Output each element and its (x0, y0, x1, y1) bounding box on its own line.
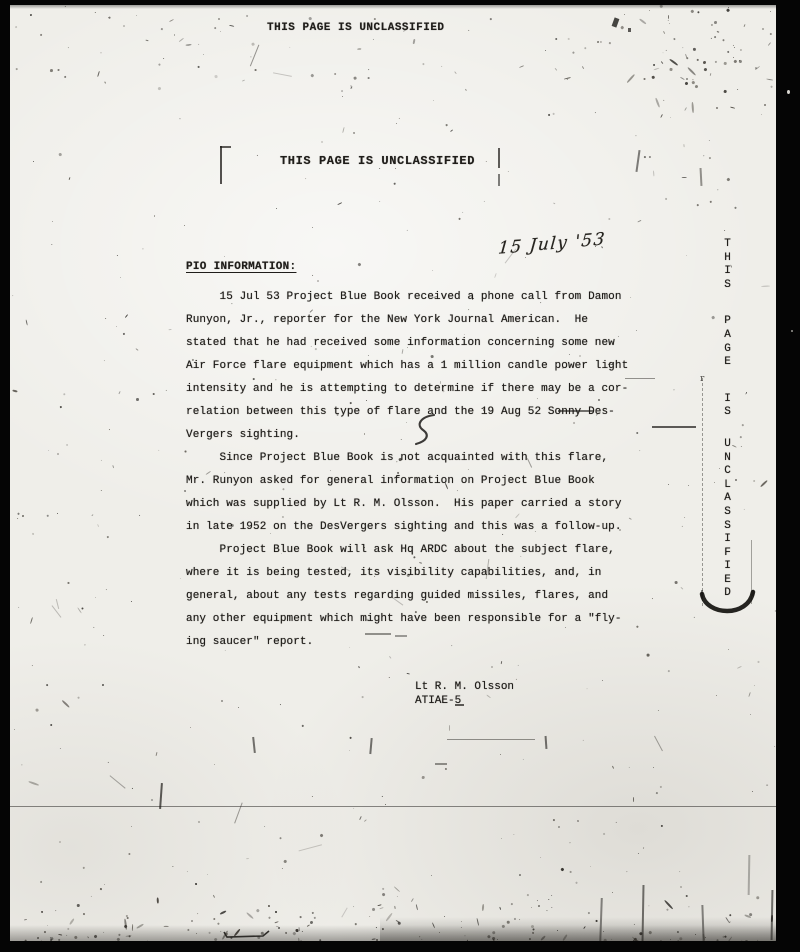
typed-line: Runyon, Jr., reporter for the New York J… (186, 309, 666, 332)
scan-edge-shadow-bottom-right (380, 917, 776, 941)
typed-line: Mr. Runyon asked for general information… (186, 470, 666, 493)
vertical-word: THIS (720, 238, 735, 292)
typed-line: Air Force flare equipment which has a 1 … (186, 355, 666, 378)
typed-line: 15 Jul 53 Project Blue Book received a p… (186, 286, 666, 309)
typed-line: Since Project Blue Book is not acquainte… (186, 447, 666, 470)
typed-line: intensity and he is attempting to determ… (186, 378, 666, 401)
vertical-word: IS (720, 393, 735, 420)
handwritten-date: 15 July '53 (497, 229, 606, 259)
border-speck (787, 90, 790, 94)
margin-bracket-bottom (696, 590, 760, 626)
document-body: 15 Jul 53 Project Blue Book received a p… (186, 286, 666, 654)
margin-guide-line-left (702, 378, 703, 606)
typed-line: which was supplied by Lt R. M. Olsson. H… (186, 493, 666, 516)
typed-line: ing saucer" report. (186, 631, 666, 654)
signature-office-symbol: ATIAE-5 (415, 695, 514, 709)
classification-banner-top: THIS PAGE IS UNCLASSIFIED (267, 22, 445, 34)
typed-line: Project Blue Book will ask Hq ARDC about… (186, 539, 666, 562)
handwritten-squiggle (408, 413, 448, 447)
typed-line: stated that he had received some informa… (186, 332, 666, 355)
classification-banner-inner: THIS PAGE IS UNCLASSIFIED (280, 154, 475, 168)
document-page: THIS PAGE IS UNCLASSIFIED THIS PAGE IS U… (10, 5, 776, 941)
vertical-word: UNCLASSIFIED (720, 438, 735, 601)
border-speck (791, 330, 793, 332)
scanned-document: THIS PAGE IS UNCLASSIFIED THIS PAGE IS U… (0, 0, 800, 952)
typed-line: where it is being tested, its visibility… (186, 562, 666, 585)
signature-block: Lt R. M. Olsson ATIAE-5 (415, 681, 514, 708)
typed-line: in late 1952 on the DesVergers sighting … (186, 516, 666, 539)
vertical-word: PAGE (720, 315, 735, 369)
classification-sidebar-vertical: THISPAGEISUNCLASSIFIED (720, 238, 735, 601)
typed-line: general, about any tests regarding guide… (186, 585, 666, 608)
typed-line: any other equipment which might have bee… (186, 608, 666, 631)
signature-name: Lt R. M. Olsson (415, 681, 514, 695)
